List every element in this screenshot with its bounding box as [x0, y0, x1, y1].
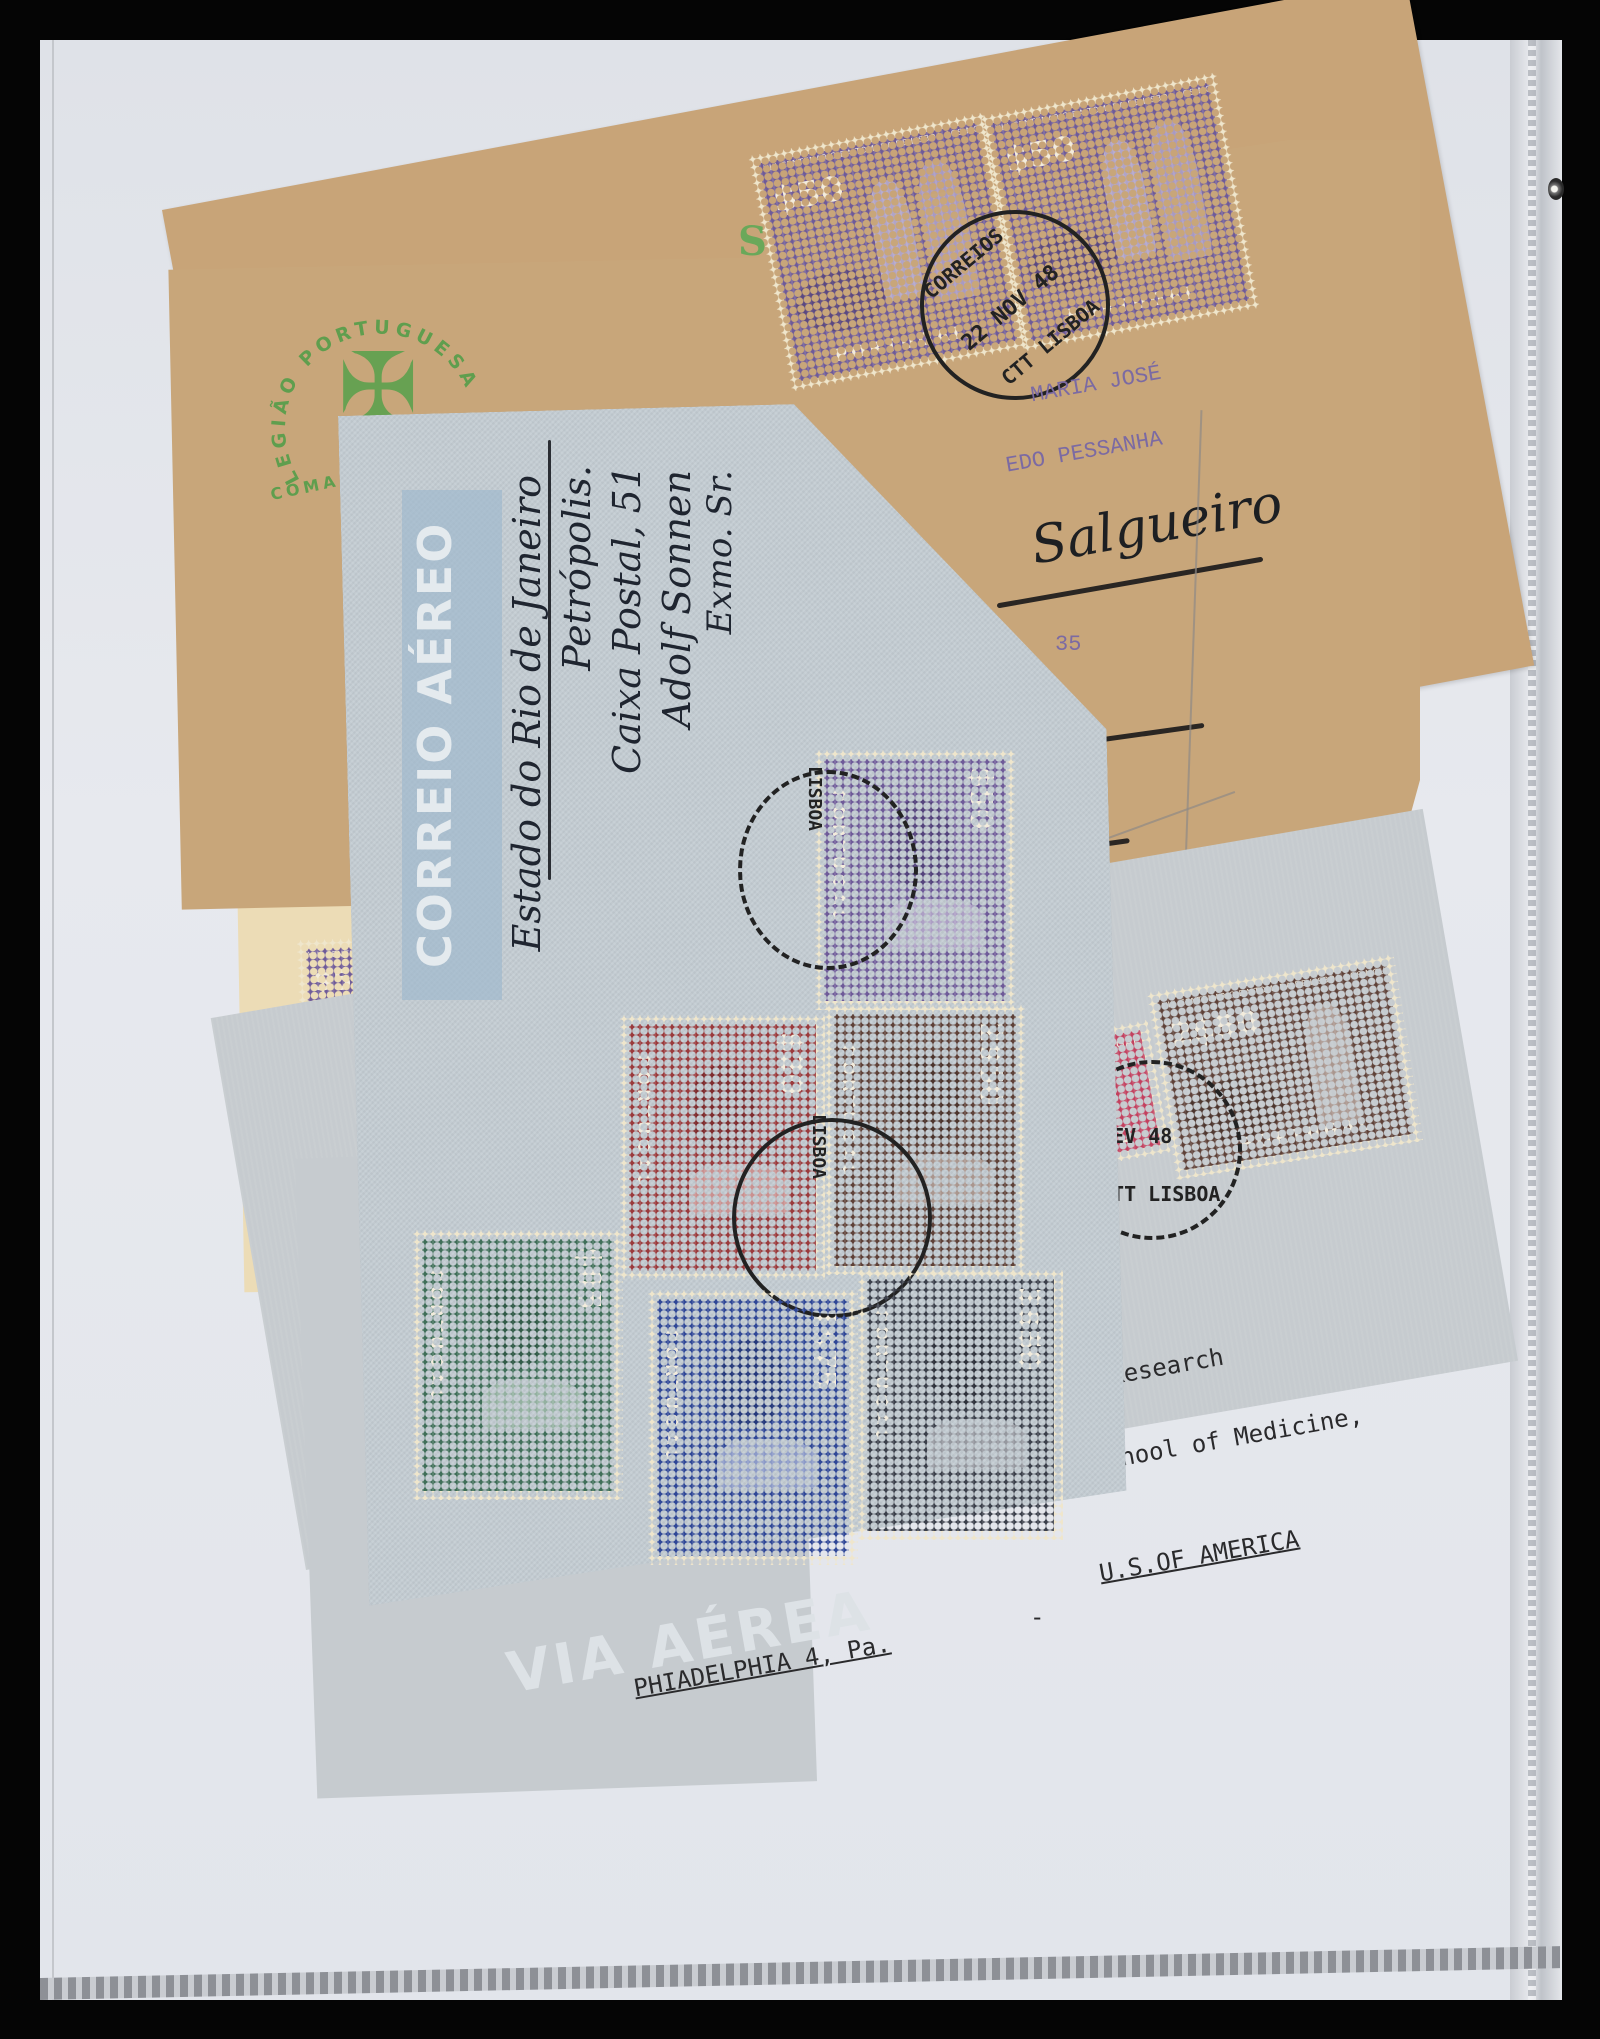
address-underline: [548, 440, 551, 880]
address-line-3: Caixa Postal, 51: [605, 465, 649, 774]
stamp-airmail-blue: 1$75 PORTUGAL: [648, 1290, 858, 1565]
stamped-number: 35: [1055, 632, 1081, 657]
correio-aereo-label: CORREIO AÉREO: [408, 500, 498, 990]
address-line-4: Petrópolis.: [555, 465, 599, 671]
postmark-airmail-1: LISBOA: [738, 770, 918, 970]
address-dash: -: [1030, 1603, 1044, 1631]
address-line-5: Estado do Rio de Janeiro: [505, 475, 549, 951]
binder-hole: [1548, 178, 1564, 200]
stamp-airmail-green: $05 PORTUGAL: [413, 1230, 623, 1500]
sleeve-right-edge: [1510, 40, 1562, 2000]
sleeve-left-edge: [52, 40, 54, 2000]
stamp-airmail-slate: 3$50 PORTUGAL: [858, 1270, 1063, 1540]
address-line-1: Exmo. Sr.: [700, 470, 740, 634]
address-line-2: Adolf Sonnen: [655, 470, 699, 728]
